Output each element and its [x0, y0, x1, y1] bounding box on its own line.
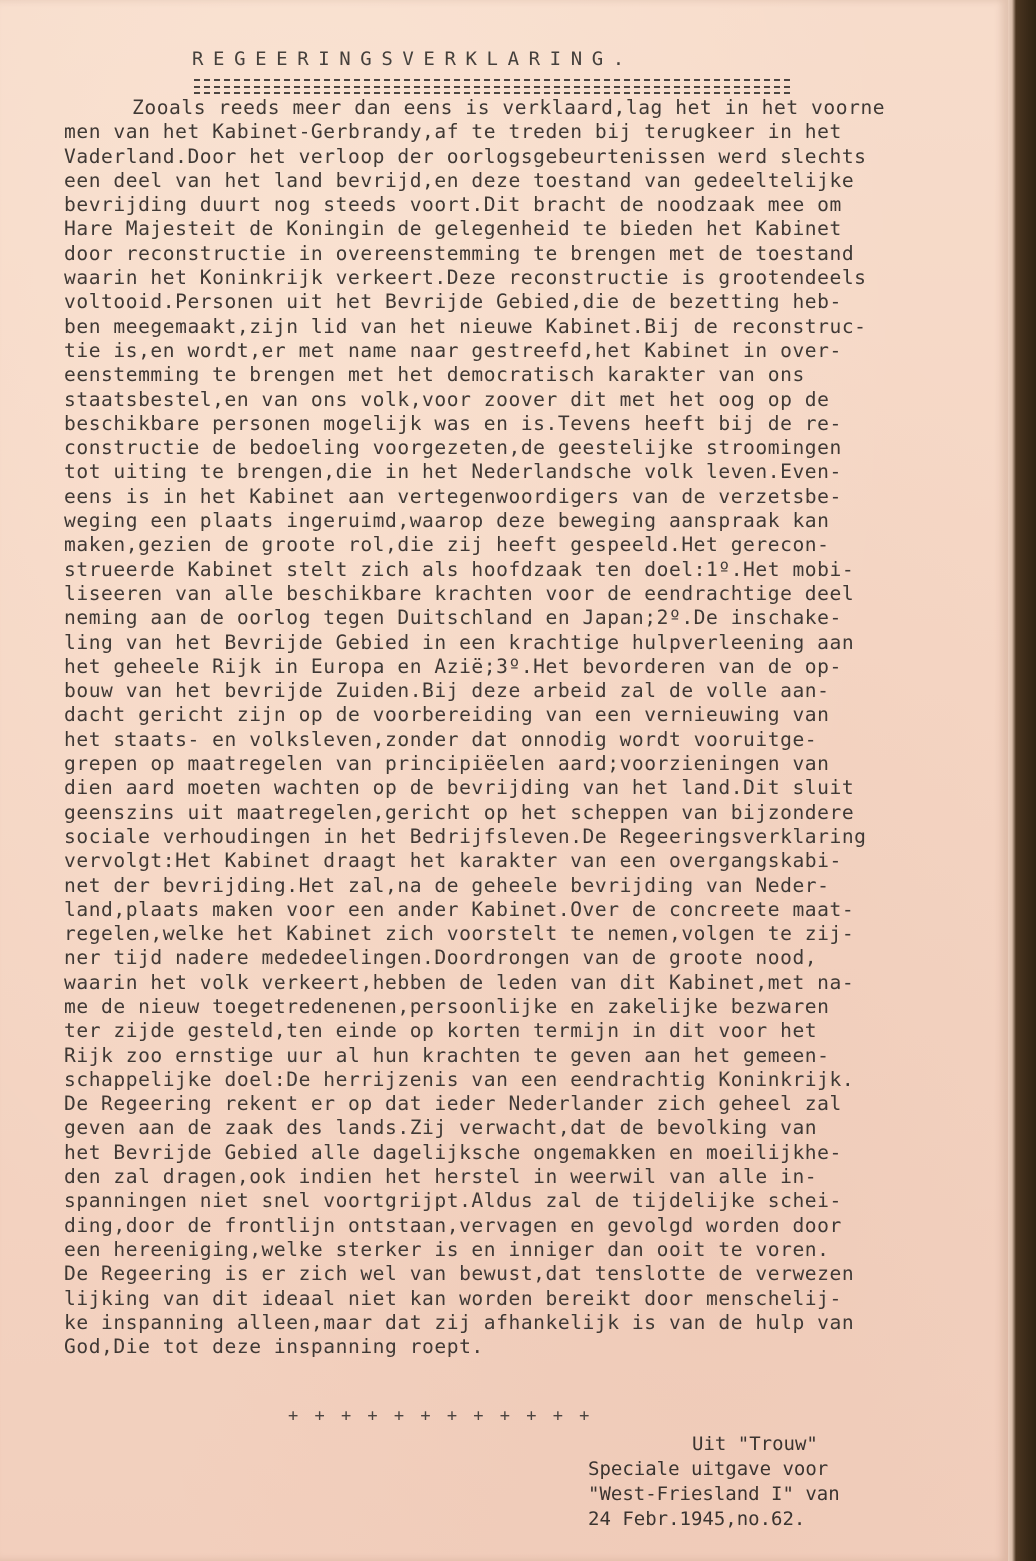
text-line: strueerde Kabinet stelt zich als hoofdza… [64, 558, 1036, 582]
text-line: ling van het Bevrijde Gebied in een krac… [64, 631, 1036, 655]
text-line: tie is,en wordt,er met name naar gestree… [64, 339, 1036, 363]
text-line: ner tijd nadere mededeelingen.Doordronge… [64, 946, 1036, 970]
text-line: den zal dragen,ook indien het herstel in… [64, 1165, 1036, 1189]
text-line: ben meegemaakt,zijn lid van het nieuwe K… [64, 315, 1036, 339]
text-line: De Regeering rekent er op dat ieder Nede… [64, 1092, 1036, 1116]
text-line: ke inspanning alleen,maar dat zij afhank… [64, 1311, 1036, 1335]
text-line: Zooals reeds meer dan eens is verklaard,… [64, 96, 1036, 120]
text-line: geven aan de zaak des lands.Zij verwacht… [64, 1116, 1036, 1140]
source-date: 24 Febr.1945,no.62. [588, 1507, 1008, 1532]
text-line: land,plaats maken voor een ander Kabinet… [64, 898, 1036, 922]
declaration-body: Zooals reeds meer dan eens is verklaard,… [64, 96, 1036, 1359]
text-line: Hare Majesteit de Koningin de gelegenhei… [64, 217, 1036, 241]
text-line: schappelijke doel:De herrijzenis van een… [64, 1068, 1036, 1092]
text-line: Vaderland.Door het verloop der oorlogsge… [64, 145, 1036, 169]
text-line: spanningen niet snel voortgrijpt.Aldus z… [64, 1189, 1036, 1213]
document-title: REGEERINGSVERKLARING. [192, 48, 634, 70]
text-line: voltooid.Personen uit het Bevrijde Gebie… [64, 290, 1036, 314]
text-line: me de nieuw toegetredenenen,persoonlijke… [64, 995, 1036, 1019]
text-line: Rijk zoo ernstige uur al hun krachten te… [64, 1044, 1036, 1068]
text-line: het Bevrijde Gebied alle dagelijksche on… [64, 1141, 1036, 1165]
title-underline [194, 92, 790, 94]
text-line: neming aan de oorlog tegen Duitschland e… [64, 606, 1036, 630]
text-line: een deel van het land bevrijd,en deze to… [64, 169, 1036, 193]
text-line: liseeren van alle beschikbare krachten v… [64, 582, 1036, 606]
text-line: weging een plaats ingeruimd,waarop deze … [64, 509, 1036, 533]
text-line: geenszins uit maatregelen,gericht op het… [64, 801, 1036, 825]
text-line: waarin het Koninkrijk verkeert.Deze reco… [64, 266, 1036, 290]
text-line: net der bevrijding.Het zal,na de geheele… [64, 874, 1036, 898]
text-line: eenstemming te brengen met het democrati… [64, 363, 1036, 387]
text-line: constructie de bedoeling voorgezeten,de … [64, 436, 1036, 460]
text-line: eens is in het Kabinet aan vertegenwoord… [64, 485, 1036, 509]
text-line: men van het Kabinet-Gerbrandy,af te tred… [64, 120, 1036, 144]
plus-separator: + + + + + + + + + + + + [288, 1406, 592, 1426]
typewritten-document: REGEERINGSVERKLARING. Zooals reeds meer … [0, 0, 1036, 1561]
text-line: bouw van het bevrijde Zuiden.Bij deze ar… [64, 679, 1036, 703]
text-line: maken,gezien de groote rol,die zij heeft… [64, 533, 1036, 557]
text-line: het geheele Rijk in Europa en Azië;3º.He… [64, 655, 1036, 679]
text-line: dacht gericht zijn op de voorbereiding v… [64, 703, 1036, 727]
text-line: beschikbare personen mogelijk was en is.… [64, 412, 1036, 436]
text-line: staatsbestel,en van ons volk,voor zoover… [64, 388, 1036, 412]
source-edition: Speciale uitgave voor [588, 1457, 1008, 1482]
text-line: De Regeering is er zich wel van bewust,d… [64, 1262, 1036, 1286]
text-line: sociale verhoudingen in het Bedrijfsleve… [64, 825, 1036, 849]
text-line: bevrijding duurt nog steeds voort.Dit br… [64, 193, 1036, 217]
text-line: grepen op maatregelen van principiëelen … [64, 752, 1036, 776]
source-publication: "West-Friesland I" van [588, 1482, 1008, 1507]
text-line: het staats- en volksleven,zonder dat onn… [64, 728, 1036, 752]
text-line: door reconstructie in overeenstemming te… [64, 242, 1036, 266]
text-line: God,Die tot deze inspanning roept. [64, 1335, 1036, 1359]
source-newspaper: Uit "Trouw" [588, 1432, 1008, 1457]
title-underline [194, 86, 790, 88]
text-line: lijking van dit ideaal niet kan worden b… [64, 1287, 1036, 1311]
text-line: ter zijde gesteld,ten einde op korten te… [64, 1019, 1036, 1043]
text-line: tot uiting te brengen,die in het Nederla… [64, 460, 1036, 484]
text-line: vervolgt:Het Kabinet draagt het karakter… [64, 849, 1036, 873]
text-line: waarin het volk verkeert,hebben de leden… [64, 971, 1036, 995]
title-underline [194, 79, 790, 81]
text-line: ding,door de frontlijn ontstaan,vervagen… [64, 1214, 1036, 1238]
source-attribution: Uit "Trouw" Speciale uitgave voor "West-… [588, 1432, 1008, 1532]
text-line: een hereeniging,welke sterker is en inni… [64, 1238, 1036, 1262]
text-line: regelen,welke het Kabinet zich voorstelt… [64, 922, 1036, 946]
text-line: dien aard moeten wachten op de bevrijdin… [64, 776, 1036, 800]
